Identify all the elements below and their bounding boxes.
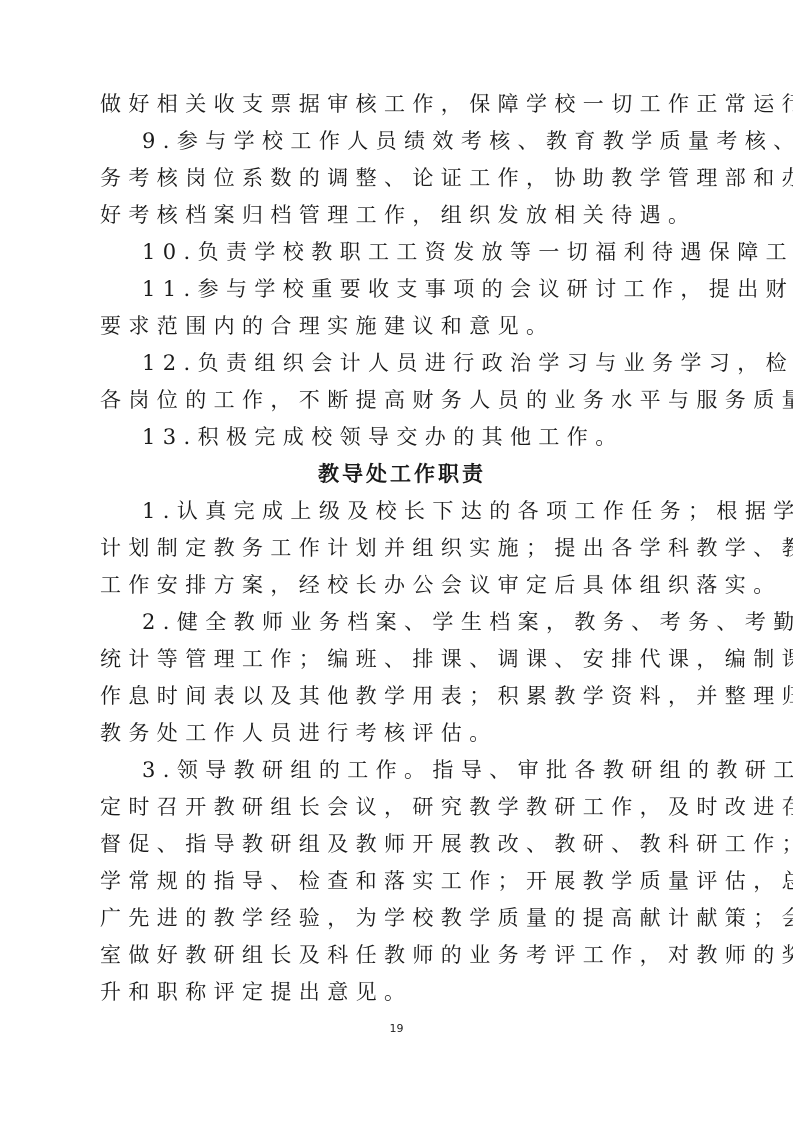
paragraph-line: 11.参与学校重要收支事项的会议研讨工作，提出财务制度 bbox=[100, 271, 704, 308]
paragraph-line: 各岗位的工作，不断提高财务人员的业务水平与服务质量。 bbox=[100, 382, 704, 419]
section-heading: 教导处工作职责 bbox=[100, 456, 704, 493]
paragraph-line: 计划制定教务工作计划并组织实施；提出各学科教学、教辅人员 bbox=[100, 530, 704, 567]
paragraph-line: 2.健全教师业务档案、学生档案，教务、考务、考勤、成绩 bbox=[100, 604, 704, 641]
paragraph-line: 13.积极完成校领导交办的其他工作。 bbox=[100, 419, 704, 456]
paragraph-line: 做好相关收支票据审核工作，保障学校一切工作正常运行。 bbox=[100, 86, 704, 123]
paragraph-line: 作息时间表以及其他教学用表；积累教学资料，并整理归档；对 bbox=[100, 678, 704, 715]
paragraph-line: 教务处工作人员进行考核评估。 bbox=[100, 715, 704, 752]
paragraph-line: 12.负责组织会计人员进行政治学习与业务学习，检查协调 bbox=[100, 345, 704, 382]
document-page: 做好相关收支票据审核工作，保障学校一切工作正常运行。 9.参与学校工作人员绩效考… bbox=[100, 86, 704, 1011]
paragraph-line: 好考核档案归档管理工作，组织发放相关待遇。 bbox=[100, 197, 704, 234]
paragraph-line: 广先进的教学经验，为学校教学质量的提高献计献策；会同教科 bbox=[100, 900, 704, 937]
paragraph-line: 督促、指导教研组及教师开展教改、教研、教科研工作；做好教 bbox=[100, 826, 704, 863]
paragraph-line: 务考核岗位系数的调整、论证工作，协助教学管理部和办公室做 bbox=[100, 160, 704, 197]
paragraph-line: 统计等管理工作；编班、排课、调课、安排代课，编制课程表、 bbox=[100, 641, 704, 678]
paragraph-line: 升和职称评定提出意见。 bbox=[100, 974, 704, 1011]
paragraph-line: 室做好教研组长及科任教师的业务考评工作，对教师的奖励、晋 bbox=[100, 937, 704, 974]
page-number: 19 bbox=[0, 1022, 793, 1035]
paragraph-line: 要求范围内的合理实施建议和意见。 bbox=[100, 308, 704, 345]
paragraph-line: 学常规的指导、检查和落实工作；开展教学质量评估，总结、推 bbox=[100, 863, 704, 900]
paragraph-line: 9.参与学校工作人员绩效考核、教育教学质量考核、课后服 bbox=[100, 123, 704, 160]
paragraph-line: 3.领导教研组的工作。指导、审批各教研组的教研工作计划； bbox=[100, 752, 704, 789]
paragraph-line: 10.负责学校教职工工资发放等一切福利待遇保障工作。 bbox=[100, 234, 704, 271]
paragraph-line: 工作安排方案，经校长办公会议审定后具体组织落实。 bbox=[100, 567, 704, 604]
paragraph-line: 定时召开教研组长会议，研究教学教研工作，及时改进存在问题； bbox=[100, 789, 704, 826]
paragraph-line: 1.认真完成上级及校长下达的各项工作任务；根据学校工作 bbox=[100, 493, 704, 530]
